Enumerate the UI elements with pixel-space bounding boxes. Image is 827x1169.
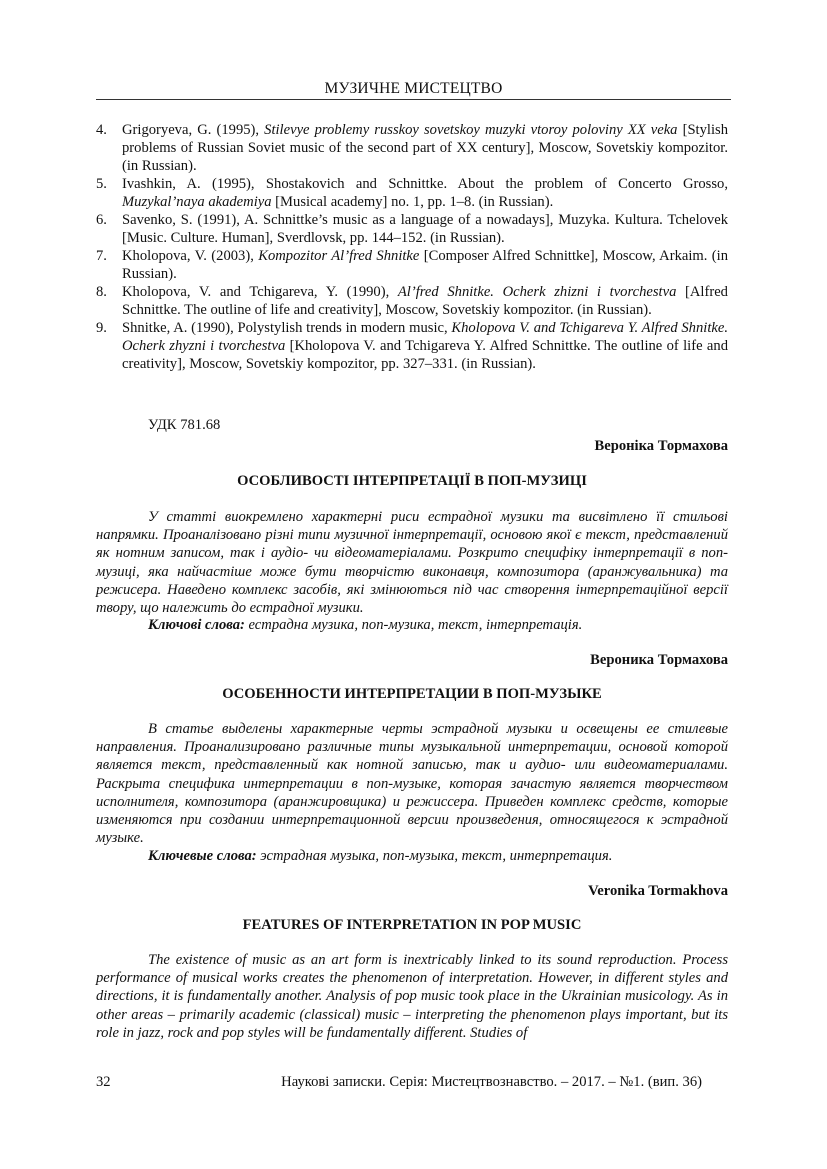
reference-item: 5.Ivashkin, A. (1995), Shostakovich and … bbox=[96, 175, 728, 211]
header-rule bbox=[96, 99, 731, 100]
page-number: 32 bbox=[96, 1074, 111, 1091]
article-title-ru: ОСОБЕННОСТИ ИНТЕРПРЕТАЦИИ В ПОП-МУЗЫКЕ bbox=[96, 686, 728, 703]
article-title-en: FEATURES OF INTERPRETATION IN POP MUSIC bbox=[96, 917, 728, 934]
udk-code: УДК 781.68 bbox=[148, 417, 220, 434]
reference-item: 7.Kholopova, V. (2003), Kompozitor Al’fr… bbox=[96, 247, 728, 283]
keywords-uk: Ключові слова: естрадна музика, поп-музи… bbox=[148, 617, 728, 634]
journal-citation: Наукові записки. Серія: Мистецтвознавств… bbox=[281, 1074, 702, 1091]
author-name-ru: Вероника Тормахова bbox=[96, 652, 728, 669]
author-name-uk: Вероніка Тормахова bbox=[96, 438, 728, 455]
keywords-ru: Ключевые слова: эстрадная музыка, поп-му… bbox=[148, 848, 728, 865]
reference-item: 9.Shnitke, A. (1990), Polystylish trends… bbox=[96, 319, 728, 373]
author-name-en: Veronika Tormakhova bbox=[96, 883, 728, 900]
abstract-ru: В статье выделены характерные черты эстр… bbox=[96, 720, 728, 847]
reference-item: 6.Savenko, S. (1991), A. Schnittke’s mus… bbox=[96, 211, 728, 247]
abstract-uk: У статті виокремлено характерні риси ест… bbox=[96, 508, 728, 617]
abstract-en: The existence of music as an art form is… bbox=[96, 951, 728, 1042]
reference-list: 4.Grigoryeva, G. (1995), Stilevye proble… bbox=[96, 121, 728, 373]
article-title-uk: ОСОБЛИВОСТІ ІНТЕРПРЕТАЦІЇ В ПОП-МУЗИЦІ bbox=[96, 473, 728, 490]
running-head: МУЗИЧНЕ МИСТЕЦТВО bbox=[96, 80, 731, 98]
reference-item: 8.Kholopova, V. and Tchigareva, Y. (1990… bbox=[96, 283, 728, 319]
reference-item: 4.Grigoryeva, G. (1995), Stilevye proble… bbox=[96, 121, 728, 175]
